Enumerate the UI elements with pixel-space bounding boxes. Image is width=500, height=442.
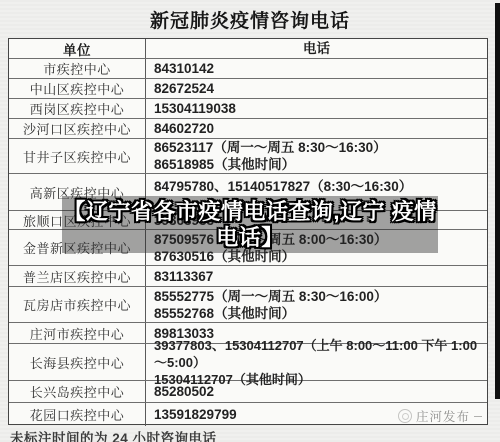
phone-line: 85280502: [154, 383, 487, 400]
table-row: 长兴岛疾控中心85280502: [9, 381, 487, 403]
header-unit: 单位: [9, 39, 146, 58]
table-row: 西岗区疾控中心15304119038: [9, 99, 487, 119]
phone-cell: 85280502: [146, 381, 487, 402]
phone-line: 86523117（周一～周五 8:30～16:30）: [154, 139, 487, 156]
table-row: 市疾控中心84310142: [9, 59, 487, 79]
phone-cell: 39377803、15304112707（上午 8:00～11:00 下午 1:…: [146, 344, 487, 380]
unit-cell: 长兴岛疾控中心: [9, 381, 146, 402]
overlay-text-line2: 电话】: [216, 225, 284, 251]
footer-note: 未标注时间的为 24 小时咨询电话: [10, 427, 217, 442]
page-title: 新冠肺炎疫情咨询电话: [0, 6, 500, 33]
unit-cell: 普兰店区疾控中心: [9, 266, 146, 286]
phone-line: 84795780、15140517827（8:30～16:30）: [154, 178, 487, 195]
phone-line: 84602720: [154, 120, 487, 137]
unit-cell: 瓦房店市疾控中心: [9, 287, 146, 322]
unit-cell: 甘井子区疾控中心: [9, 139, 146, 173]
title-overlay-banner: 【辽宁省各市疫情电话查询,辽宁 疫情 电话】: [62, 196, 438, 253]
phone-cell: 84602720: [146, 119, 487, 138]
phone-line: 82672524: [154, 80, 487, 97]
table-header-row: 单位 电话: [9, 39, 487, 59]
phone-cell: 83113367: [146, 266, 487, 286]
unit-cell: 沙河口区疾控中心: [9, 119, 146, 138]
table-row: 瓦房店市疾控中心85552775（周一～周五 8:30～16:00）855527…: [9, 287, 487, 323]
watermark-dash: [474, 416, 482, 417]
table-row: 长海县疾控中心39377803、15304112707（上午 8:00～11:0…: [9, 344, 487, 381]
unit-cell: 西岗区疾控中心: [9, 99, 146, 118]
watermark-text: 庄河发布: [416, 407, 470, 425]
phone-line: 39377803、15304112707（上午 8:00～11:00 下午 1:…: [154, 337, 487, 371]
phone-cell: 82672524: [146, 79, 487, 98]
phone-line: 86518985（其他时间）: [154, 156, 487, 173]
phone-line: 15304119038: [154, 100, 487, 117]
unit-cell: 长海县疾控中心: [9, 344, 146, 380]
phone-cell: 15304119038: [146, 99, 487, 118]
overlay-text-line1: 【辽宁省各市疫情电话查询,辽宁 疫情: [63, 199, 436, 225]
header-phone: 电话: [146, 39, 487, 58]
phone-line: 85552775（周一～周五 8:30～16:00）: [154, 288, 487, 305]
unit-cell: 庄河市疾控中心: [9, 323, 146, 343]
table-row: 沙河口区疾控中心84602720: [9, 119, 487, 139]
phone-cell: 86523117（周一～周五 8:30～16:30）86518985（其他时间）: [146, 139, 487, 173]
phone-cell: 84795780、15140517827（8:30～16:30）: [146, 174, 487, 195]
phone-line: 85552768（其他时间）: [154, 305, 487, 322]
phone-cell: 85552775（周一～周五 8:30～16:00）85552768（其他时间）: [146, 287, 487, 322]
unit-cell: 花园口疾控中心: [9, 403, 146, 426]
photo-edge-strip: [495, 3, 500, 399]
unit-cell: 市疾控中心: [9, 59, 146, 78]
phone-line: 84310142: [154, 60, 487, 77]
watermark: 庄河发布: [398, 406, 492, 426]
table-row: 普兰店区疾控中心83113367: [9, 266, 487, 287]
table-row: 中山区疾控中心82672524: [9, 79, 487, 99]
publisher-logo-icon: [398, 409, 412, 423]
phone-cell: 84310142: [146, 59, 487, 78]
unit-cell: 中山区疾控中心: [9, 79, 146, 98]
table-row: 甘井子区疾控中心86523117（周一～周五 8:30～16:30）865189…: [9, 139, 487, 174]
phone-line: 83113367: [154, 268, 487, 285]
